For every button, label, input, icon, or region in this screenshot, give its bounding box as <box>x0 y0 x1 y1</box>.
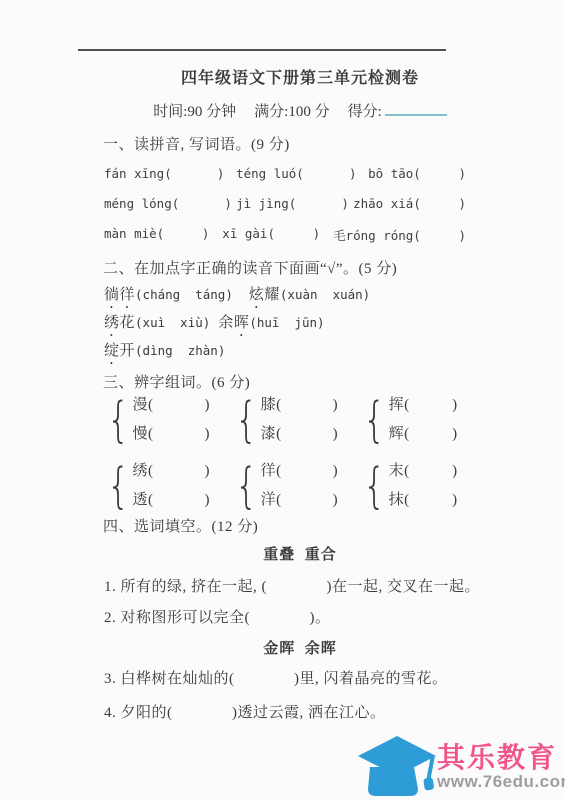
pinyin-item: fán xīng( ) <box>104 166 224 181</box>
char-pair-group: {徉( )洋( ) <box>231 457 338 515</box>
fill-blank-item: 3. 白桦树在灿灿的( )里, 闪着晶亮的雪花。 <box>104 667 448 688</box>
word-plain: 余 <box>218 315 234 331</box>
section-4-heading: 四、选词填空。(12 分) <box>103 515 258 536</box>
word-plain: 花 <box>120 315 136 331</box>
pinyin-options: (xuì xiù) <box>135 315 210 330</box>
brace-glyph: { <box>235 457 258 515</box>
word-dotted: 炫 <box>249 287 265 303</box>
char-pair-group: {末( )抹( ) <box>359 457 458 515</box>
char-blank: 挥( ) <box>389 391 458 420</box>
pinyin-options: (xuàn xuán) <box>280 287 370 302</box>
section-3-heading: 三、辨字组词。(6 分) <box>103 371 250 392</box>
pinyin-options: (dìng zhàn) <box>135 343 225 358</box>
brace-row: {漫( )慢( ) {膝( )漆( ) {挥( )辉( ) <box>103 391 479 449</box>
pinyin-item: jì jìng( ) <box>236 196 349 211</box>
fill-blank-item: 1. 所有的绿, 挤在一起, ( )在一起, 交叉在一起。 <box>104 575 480 596</box>
brace-glyph: { <box>107 457 130 515</box>
test-paper-page: 四年级语文下册第三单元检测卷 时间:90 分钟满分:100 分得分: 一、读拼音… <box>0 0 565 800</box>
pinyin-item: màn miè( ) <box>104 226 209 244</box>
meta-full-score: 满分:100 分 <box>254 104 329 120</box>
char-pair-group: {绣( )透( ) <box>103 457 210 515</box>
pronunciation-line: 徜徉(cháng táng)炫耀(xuàn xuán) <box>104 283 370 312</box>
pinyin-row: màn miè( )xī gài( )毛róng róng( ) <box>104 226 466 244</box>
word-group: 余晖(huī jūn) <box>218 315 324 331</box>
meta-score: 得分: <box>348 104 447 120</box>
pronunciation-line: 绽开(dìng zhàn) <box>104 339 225 368</box>
paper-title: 四年级语文下册第三单元检测卷 <box>95 65 505 88</box>
pinyin-item: xī gài( ) <box>222 226 320 244</box>
meta-time: 时间:90 分钟 <box>153 104 236 120</box>
char-blank: 抹( ) <box>389 486 458 515</box>
char-blank: 洋( ) <box>261 486 339 515</box>
pinyin-item: méng lóng( ) <box>104 196 232 211</box>
word-dotted: 绣 <box>104 315 120 331</box>
word-group: 绣花(xuì xiù) <box>104 315 210 331</box>
pronunciation-line: 绣花(xuì xiù)余晖(huī jūn) <box>104 311 325 340</box>
brace-glyph: { <box>235 391 258 449</box>
pinyin-options: (cháng táng) <box>135 287 233 302</box>
graduation-cap-icon <box>356 735 438 800</box>
char-blank: 膝( ) <box>261 391 339 420</box>
brace-glyph: { <box>363 391 386 449</box>
fill-blank-item: 4. 夕阳的( )透过云霞, 洒在江心。 <box>104 701 386 722</box>
char-blank: 末( ) <box>389 457 458 486</box>
section-2-heading: 二、在加点字正确的读音下面画“√”。(5 分) <box>103 257 397 278</box>
char-pair-group: {挥( )辉( ) <box>359 391 458 449</box>
word-plain: 耀 <box>264 287 280 303</box>
pinyin-item: 毛róng róng( ) <box>333 226 466 244</box>
word-bank: 金晖 余晖 <box>104 637 496 658</box>
char-blank: 慢( ) <box>133 420 211 449</box>
brace-glyph: { <box>107 391 130 449</box>
word-group: 徜徉(cháng táng) <box>104 287 233 303</box>
word-dotted: 晖 <box>234 315 250 331</box>
paper-meta: 时间:90 分钟满分:100 分得分: <box>95 100 505 121</box>
char-pair-group: {漫( )慢( ) <box>103 391 210 449</box>
pinyin-item: bō tāo( ) <box>368 166 466 181</box>
word-group: 绽开(dìng zhàn) <box>104 343 225 359</box>
pinyin-row: fán xīng( )téng luó( )bō tāo( ) <box>104 166 466 181</box>
word-dotted: 徜徉 <box>104 287 135 303</box>
char-blank: 辉( ) <box>389 420 458 449</box>
header-divider <box>78 49 446 51</box>
brand-name: 其乐教育 <box>437 736 565 776</box>
fill-blank-item: 2. 对称图形可以完全( )。 <box>104 606 331 627</box>
char-blank: 徉( ) <box>261 457 339 486</box>
pinyin-item: zhāo xiá( ) <box>353 196 466 211</box>
word-plain: 开 <box>120 343 136 359</box>
score-label: 得分: <box>348 104 382 120</box>
char-pair-group: {膝( )漆( ) <box>231 391 338 449</box>
word-group: 炫耀(xuàn xuán) <box>249 287 370 303</box>
score-blank-line <box>385 101 447 116</box>
char-blank: 漫( ) <box>133 391 211 420</box>
word-dotted: 绽 <box>104 343 120 359</box>
pinyin-options: (huī jūn) <box>249 315 324 330</box>
pinyin-item: téng luó( ) <box>236 166 356 181</box>
brand-url: www.76edu.com <box>437 772 565 792</box>
char-blank: 透( ) <box>133 486 211 515</box>
char-blank: 漆( ) <box>261 420 339 449</box>
section-1-heading: 一、读拼音, 写词语。(9 分) <box>103 133 290 154</box>
brace-row: {绣( )透( ) {徉( )洋( ) {末( )抹( ) <box>103 457 479 515</box>
char-blank: 绣( ) <box>133 457 211 486</box>
pinyin-row: méng lóng( )jì jìng( )zhāo xiá( ) <box>104 196 466 211</box>
brace-glyph: { <box>363 457 386 515</box>
word-bank: 重叠 重合 <box>104 543 496 564</box>
